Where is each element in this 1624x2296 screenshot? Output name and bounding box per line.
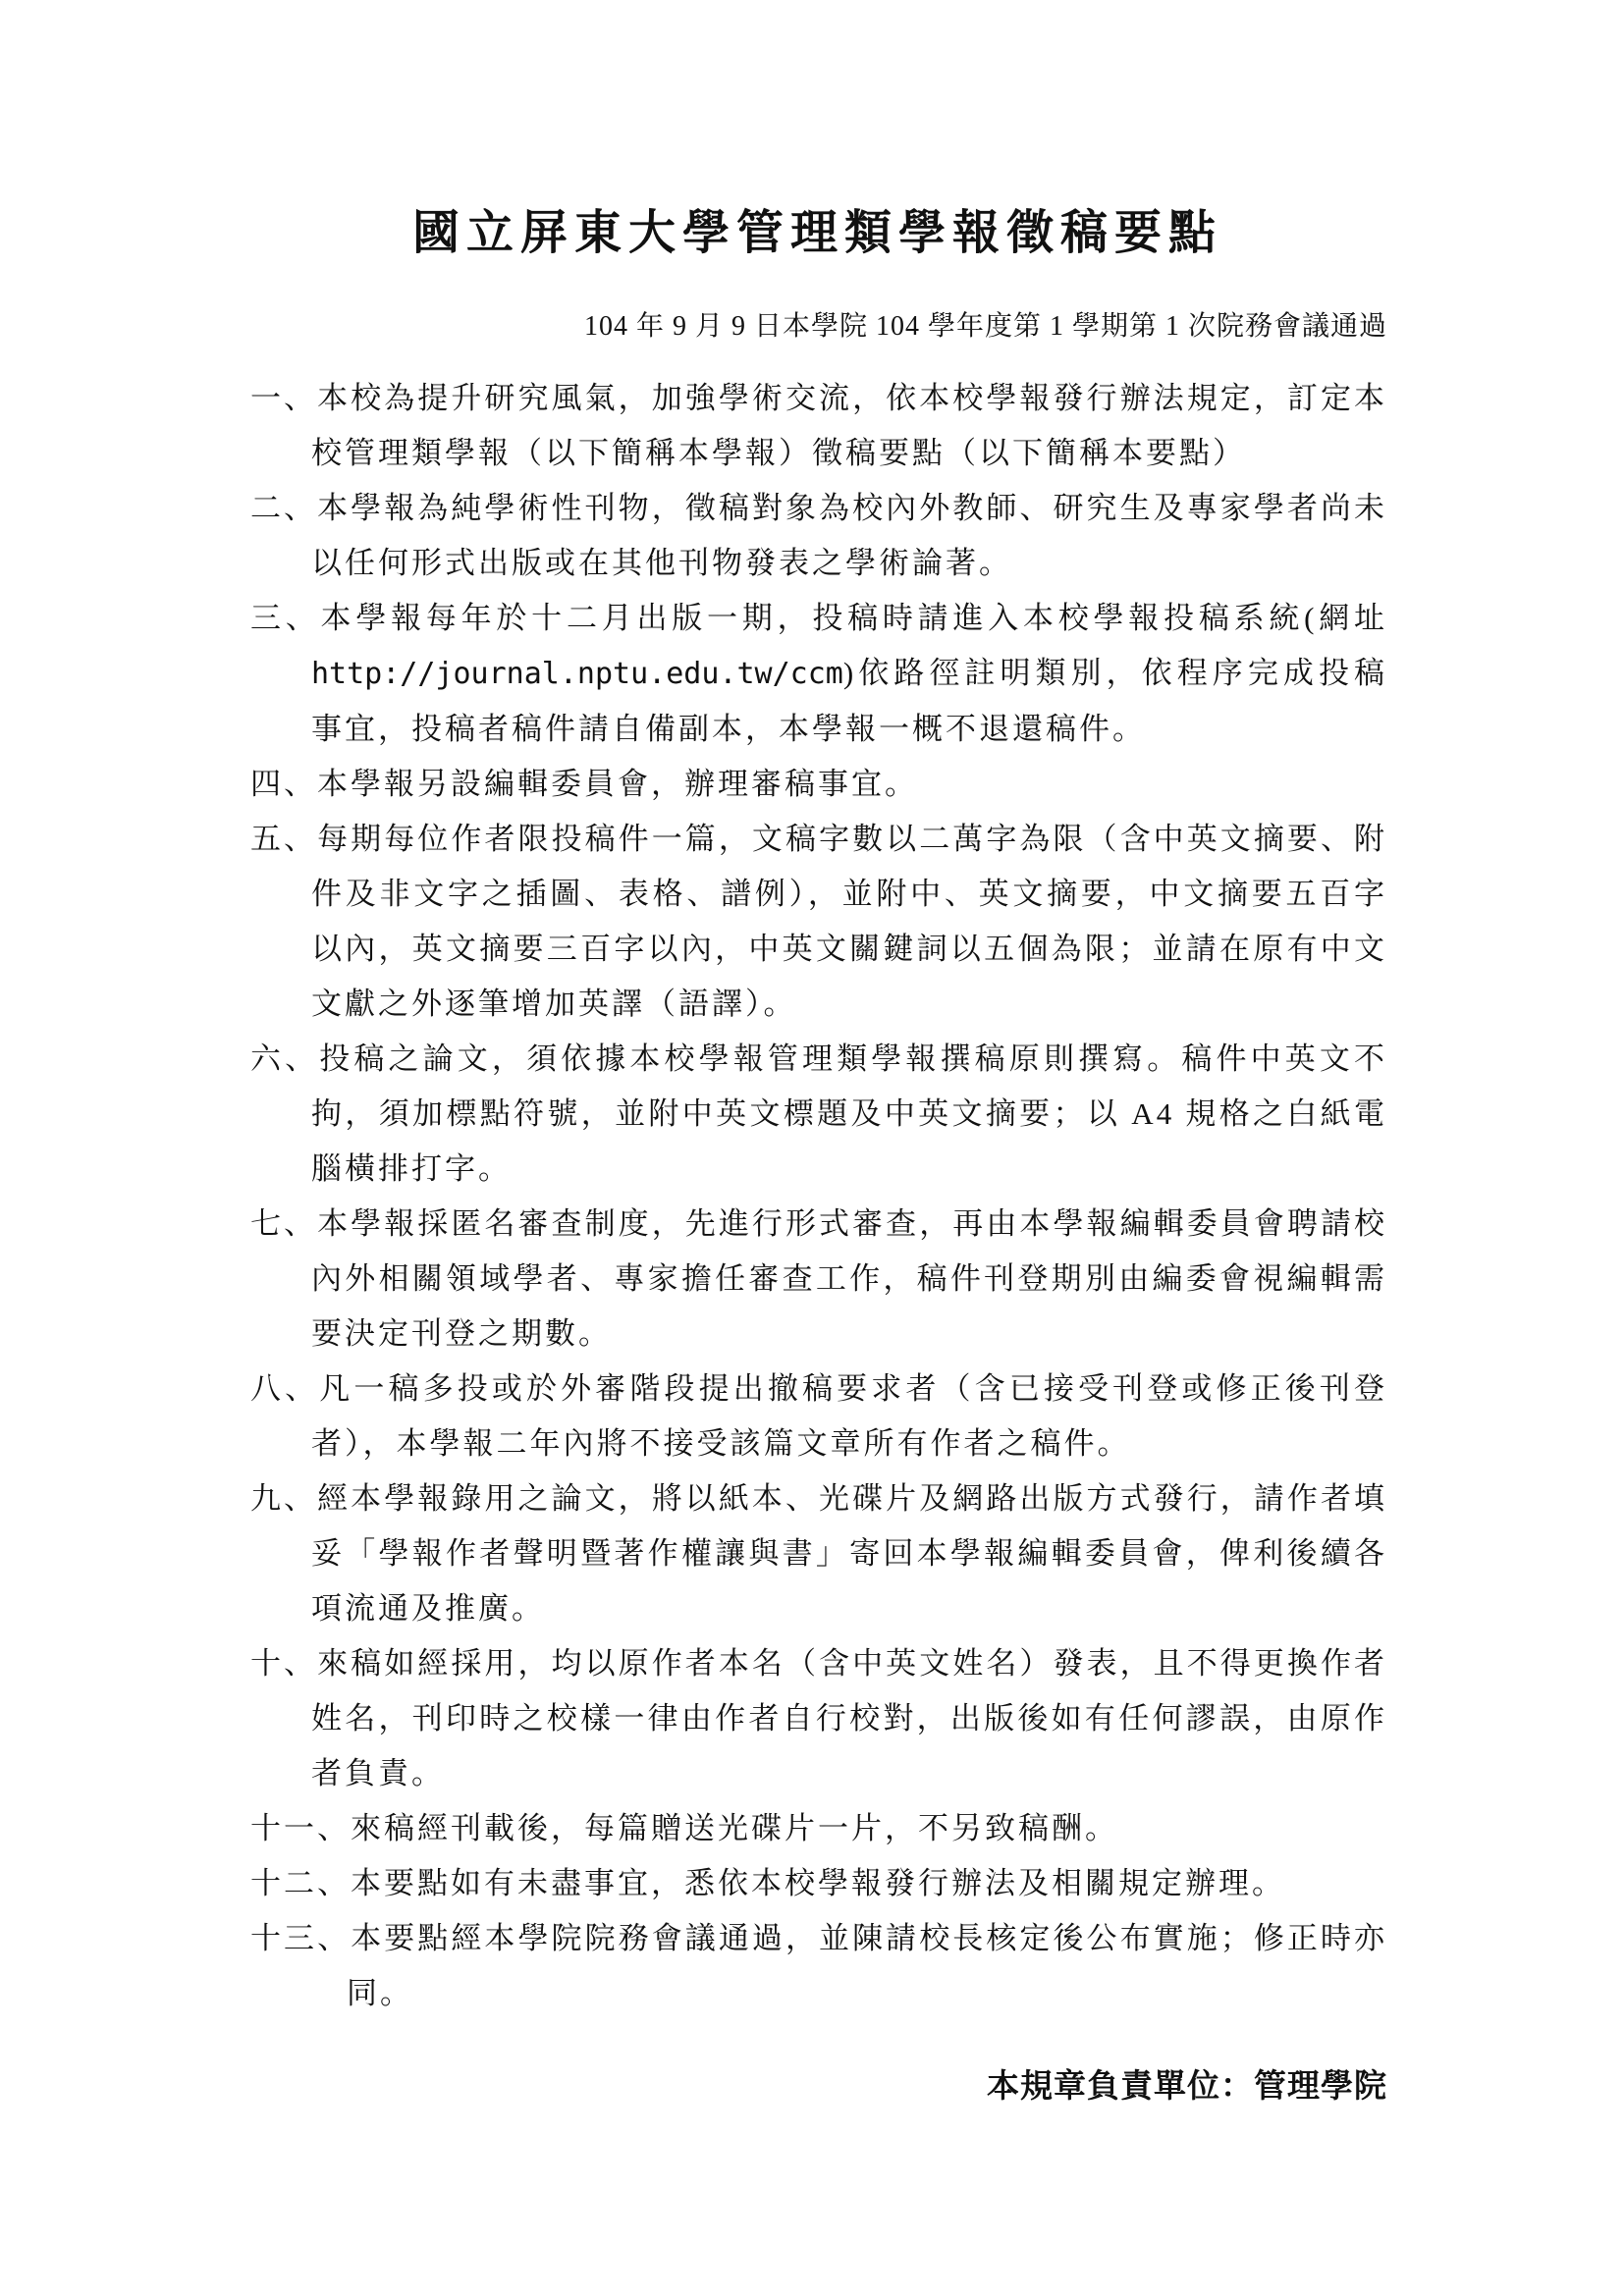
clause-number: 六、 [250,1041,319,1076]
clause-text: 本要點經本學院院務會議通過，並陳請校長核定後公布實施；修正時亦同。 [347,1921,1387,2010]
clause: 八、凡一稿多投或於外審階段提出撤稿要求者（含已接受刊登或修正後刊登者），本學報二… [250,1362,1387,1471]
clause: 二、本學報為純學術性刊物，徵稿對象為校內外教師、研究生及專家學者尚未以任何形式出… [250,481,1387,591]
clause-number: 七、 [250,1206,317,1241]
clause-text: 本學報為純學術性刊物，徵稿對象為校內外教師、研究生及專家學者尚未以任何形式出版或… [311,491,1387,580]
clause-text: 來稿如經採用，均以原作者本名（含中英文姓名）發表，且不得更換作者姓名，刊印時之校… [311,1646,1387,1790]
clause-list: 一、本校為提升研究風氣，加強學術交流，依本校學報發行辦法規定，訂定本校管理類學報… [250,371,1387,2021]
clause: 十、來稿如經採用，均以原作者本名（含中英文姓名）發表，且不得更換作者姓名，刊印時… [250,1636,1387,1801]
clause: 五、每期每位作者限投稿件一篇，文稿字數以二萬字為限（含中英文摘要、附件及非文字之… [250,812,1387,1032]
clause-number: 九、 [250,1481,317,1516]
clause-text: 凡一稿多投或於外審階段提出撤稿要求者（含已接受刊登或修正後刊登者），本學報二年內… [311,1371,1387,1461]
clause: 一、本校為提升研究風氣，加強學術交流，依本校學報發行辦法規定，訂定本校管理類學報… [250,371,1387,481]
responsible-unit: 本規章負責單位：管理學院 [245,2063,1387,2110]
clause-text: 投稿之論文，須依據本校學報管理類學報撰稿原則撰寫。稿件中英文不拘，須加標點符號，… [311,1041,1387,1186]
clause-number: 四、 [250,767,317,801]
document-title: 國立屏東大學管理類學報徵稿要點 [245,198,1389,269]
clause-number: 二、 [250,491,317,525]
clause: 十一、來稿經刊載後，每篇贈送光碟片一片，不另致稿酬。 [250,1801,1387,1856]
clause-number: 十、 [250,1646,317,1681]
clause: 十三、本要點經本學院院務會議通過，並陳請校長核定後公布實施；修正時亦同。 [250,1911,1387,2021]
clause-number: 一、 [250,381,317,415]
clause: 七、本學報採匿名審查制度，先進行形式審查，再由本學報編輯委員會聘請校內外相關領域… [250,1197,1387,1362]
clause-text: 本校為提升研究風氣，加強學術交流，依本校學報發行辦法規定，訂定本校管理類學報（以… [311,381,1387,470]
clause-text: 來稿經刊載後，每篇贈送光碟片一片，不另致稿酬。 [351,1811,1118,1845]
clause-text: 經本學報錄用之論文，將以紙本、光碟片及網路出版方式發行，請作者填妥「學報作者聲明… [311,1481,1387,1626]
clause: 三、本學報每年於十二月出版一期，投稿時請進入本校學報投稿系統(網址 http:/… [250,591,1387,757]
clause-number: 十三、 [250,1921,351,1955]
clause-text: 本學報每年於十二月出版一期，投稿時請進入本校學報投稿系統(網址 [321,601,1387,635]
document-page: 國立屏東大學管理類學報徵稿要點 104 年 9 月 9 日本學院 104 學年度… [0,0,1624,2296]
clause-text: 本學報另設編輯委員會，辦理審稿事宜。 [317,767,918,801]
approval-note: 104 年 9 月 9 日本學院 104 學年度第 1 學期第 1 次院務會議通… [245,306,1387,347]
clause-number: 三、 [250,601,321,635]
clause-text: 每期每位作者限投稿件一篇，文稿字數以二萬字為限（含中英文摘要、附件及非文字之插圖… [311,822,1387,1021]
clause-text: 本要點如有未盡事宜，悉依本校學報發行辦法及相關規定辦理。 [351,1866,1285,1900]
clause: 十二、本要點如有未盡事宜，悉依本校學報發行辦法及相關規定辦理。 [250,1856,1387,1911]
journal-url: http://journal.nptu.edu.tw/ccm [311,657,843,691]
clause-number: 八、 [250,1371,319,1406]
clause-number: 十一、 [250,1811,351,1845]
clause-text: 本學報採匿名審查制度，先進行形式審查，再由本學報編輯委員會聘請校內外相關領域學者… [311,1206,1387,1351]
clause: 九、經本學報錄用之論文，將以紙本、光碟片及網路出版方式發行，請作者填妥「學報作者… [250,1471,1387,1636]
clause: 六、投稿之論文，須依據本校學報管理類學報撰稿原則撰寫。稿件中英文不拘，須加標點符… [250,1032,1387,1197]
clause: 四、本學報另設編輯委員會，辦理審稿事宜。 [250,757,1387,812]
clause-number: 五、 [250,822,317,856]
clause-number: 十二、 [250,1866,351,1900]
